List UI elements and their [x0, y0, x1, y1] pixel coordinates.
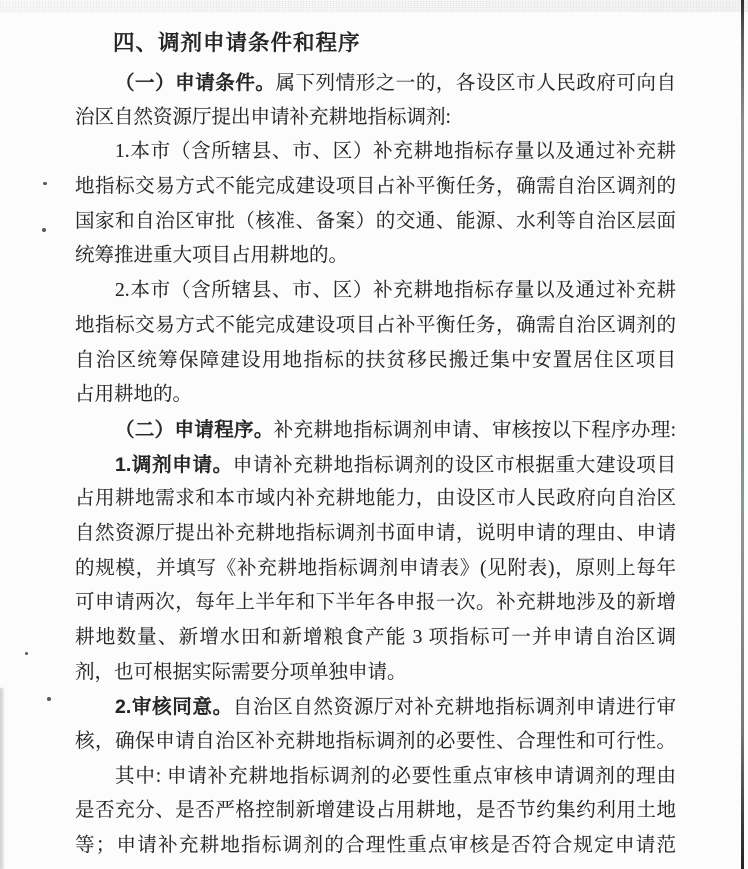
text-line: 地指标交易方式不能完成建设项目占补平衡任务，确需自治区调剂的	[75, 309, 676, 344]
document-body: （一）申请条件。属下列情形之一的，各设区市人民政府可向自治区自然资源厅提出申请补…	[75, 66, 676, 864]
text-line: 是否充分、是否严格控制新增建设占用耕地，是否节约集约利用土地	[75, 794, 676, 829]
text-line: 等；申请补充耕地指标调剂的合理性重点审核是否符合规定申请范	[75, 829, 676, 864]
text-line: 剂，也可根据实际需要分项单独申请。	[75, 656, 676, 691]
text-line: 1.调剂申请。申请补充耕地指标调剂的设区市根据重大建设项目	[75, 448, 676, 483]
text-line: 的规模，并填写《补充耕地指标调剂申请表》(见附表)，原则上每年	[75, 552, 676, 587]
section-heading: 四、调剂申请条件和程序	[75, 31, 361, 55]
text-line: 其中: 申请补充耕地指标调剂的必要性重点审核申请调剂的理由	[75, 760, 676, 795]
bold-run: 1.调剂申请。	[115, 454, 233, 476]
scan-speck-dot	[25, 652, 28, 655]
text-line: 1.本市（含所辖县、市、区）补充耕地指标存量以及通过补充耕	[75, 135, 676, 170]
text-line: 2.审核同意。自治区自然资源厅对补充耕地指标调剂申请进行审	[75, 690, 676, 725]
text-line: 统筹推进重大项目占用耕地的。	[75, 239, 676, 274]
scan-speck-dot	[43, 182, 47, 185]
scan-noise-band	[0, 0, 748, 12]
scan-speck-dot	[42, 228, 46, 232]
scanned-document-page: 四、调剂申请条件和程序 （一）申请条件。属下列情形之一的，各设区市人民政府可向自…	[0, 0, 748, 869]
text-line: 可申请两次，每年上半年和下半年各申报一次。补充耕地涉及的新增	[75, 586, 676, 621]
bold-run: 2.审核同意。	[115, 696, 233, 718]
text-line: （一）申请条件。属下列情形之一的，各设区市人民政府可向自	[75, 66, 676, 101]
text-line: 国家和自治区审批（核准、备案）的交通、能源、水利等自治区层面	[75, 205, 676, 240]
scan-speck-dot	[47, 697, 51, 701]
text-line: 治区自然资源厅提出申请补充耕地指标调剂:	[75, 101, 676, 136]
text-line: 核，确保申请自治区补充耕地指标调剂的必要性、合理性和可行性。	[75, 725, 676, 760]
bold-run: （一）申请条件。	[115, 72, 275, 94]
text-line: 占用耕地的。	[75, 378, 676, 413]
text-line: （二）申请程序。补充耕地指标调剂申请、审核按以下程序办理:	[75, 413, 676, 448]
scan-edge-streak	[0, 688, 5, 869]
text-line: 自然资源厅提出补充耕地指标调剂书面申请，说明申请的理由、申请	[75, 517, 676, 552]
scan-edge-line	[741, 0, 744, 869]
text-line: 耕地数量、新增水田和新增粮食产能 3 项指标可一并申请自治区调	[75, 621, 676, 656]
text-line: 自治区统筹保障建设用地指标的扶贫移民搬迁集中安置居住区项目	[75, 344, 676, 379]
bold-run: （二）申请程序。	[115, 419, 274, 441]
text-line: 占用耕地需求和本市域内补充耕地能力，由设区市人民政府向自治区	[75, 482, 676, 517]
text-line: 2.本市（含所辖县、市、区）补充耕地指标存量以及通过补充耕	[75, 274, 676, 309]
text-line: 地指标交易方式不能完成建设项目占补平衡任务，确需自治区调剂的	[75, 170, 676, 205]
